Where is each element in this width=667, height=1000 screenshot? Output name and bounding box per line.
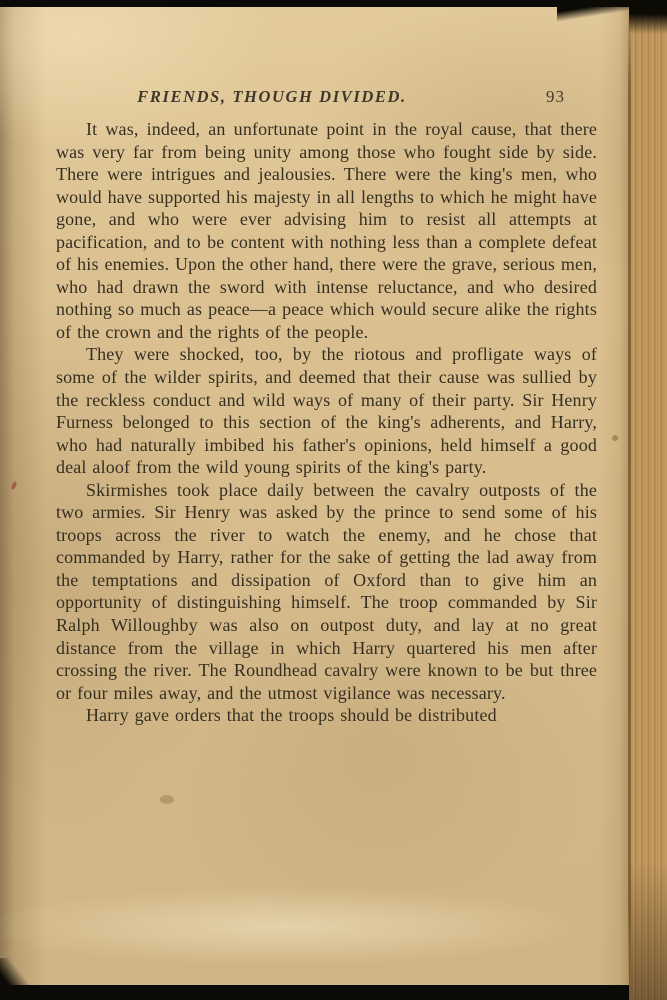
ink-speck xyxy=(612,435,618,441)
running-head: FRIENDS, THOUGH DIVIDED. 93 xyxy=(57,87,597,111)
stacked-page-edges xyxy=(629,0,667,1000)
shadow-corner-top-right xyxy=(557,0,647,26)
body-paragraph: Skirmishes took place daily between the … xyxy=(56,479,597,704)
book-scan-photo: FRIENDS, THOUGH DIVIDED. 93 It was, inde… xyxy=(0,0,667,1000)
book-page: FRIENDS, THOUGH DIVIDED. 93 It was, inde… xyxy=(0,7,629,985)
running-head-title: FRIENDS, THOUGH DIVIDED. xyxy=(57,87,487,107)
body-paragraph: They were shocked, too, by the riotous a… xyxy=(56,343,597,478)
body-paragraph: It was, indeed, an unfortunate point in … xyxy=(56,118,597,343)
page-number: 93 xyxy=(546,87,565,107)
ink-speck xyxy=(10,481,17,491)
shadow-corner-bottom-left xyxy=(0,958,36,992)
body-paragraph: Harry gave orders that the troops should… xyxy=(56,704,597,727)
body-text-block: It was, indeed, an unfortunate point in … xyxy=(56,118,597,727)
ink-speck xyxy=(160,795,174,804)
page-edge-line xyxy=(628,10,631,988)
